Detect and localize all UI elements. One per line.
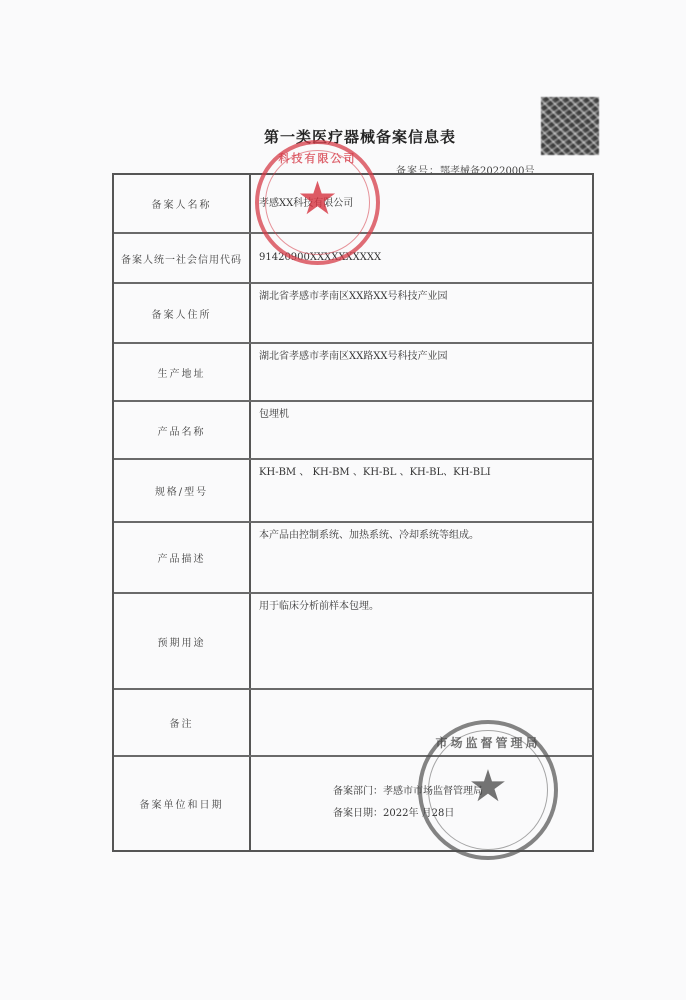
row-value: 备案部门：孝感市市场监督管理局 备案日期：2022年 月28日 — [253, 757, 592, 850]
table-row-production-address: 生产地址 湖北省孝感市孝南区XX路XX号科技产业园 — [114, 344, 592, 402]
table-row-product-description: 产品描述 本产品由控制系统、加热系统、冷却系统等组成。 — [114, 523, 592, 594]
row-value: 用于临床分析前样本包埋。 — [253, 594, 592, 688]
filing-date-value: 2022年 月28日 — [383, 808, 454, 819]
row-value: 孝感XX科技有限公司 — [253, 175, 592, 232]
filing-department-label: 备案部门： — [333, 786, 383, 797]
row-label: 备注 — [114, 690, 251, 755]
row-value: 湖北省孝感市孝南区XX路XX号科技产业园 — [253, 344, 592, 400]
filing-signature-block: 备案部门：孝感市市场监督管理局 备案日期：2022年 月28日 — [333, 781, 483, 825]
row-label: 备案人住所 — [114, 284, 251, 342]
document-page: 第一类医疗器械备案信息表 备案号：鄂孝械备2022000号 备案人名称 孝感XX… — [0, 0, 686, 1000]
row-label: 备案人统一社会信用代码 — [114, 234, 251, 282]
table-row-remarks: 备注 — [114, 690, 592, 757]
table-row-credit-code: 备案人统一社会信用代码 91420900XXXXXXXXXX — [114, 234, 592, 284]
table-row-filer-name: 备案人名称 孝感XX科技有限公司 — [114, 175, 592, 234]
row-label: 生产地址 — [114, 344, 251, 400]
row-value: KH-BM 、 KH-BM 、KH-BL 、KH-BL、KH-BLI — [253, 460, 592, 521]
filing-department: 备案部门：孝感市市场监督管理局 — [333, 781, 483, 803]
qr-code-icon — [541, 97, 599, 155]
filing-department-value: 孝感市市场监督管理局 — [383, 786, 483, 797]
row-label: 规格/型号 — [114, 460, 251, 521]
row-label: 备案人名称 — [114, 175, 251, 232]
row-label: 备案单位和日期 — [114, 757, 251, 850]
row-label: 预期用途 — [114, 594, 251, 688]
row-value: 91420900XXXXXXXXXX — [253, 234, 592, 282]
row-value: 包埋机 — [253, 402, 592, 458]
filing-info-table: 备案人名称 孝感XX科技有限公司 备案人统一社会信用代码 91420900XXX… — [112, 173, 594, 852]
table-row-filing-unit-date: 备案单位和日期 备案部门：孝感市市场监督管理局 备案日期：2022年 月28日 — [114, 757, 592, 850]
row-value — [253, 690, 592, 755]
table-row-spec-model: 规格/型号 KH-BM 、 KH-BM 、KH-BL 、KH-BL、KH-BLI — [114, 460, 592, 523]
row-value: 本产品由控制系统、加热系统、冷却系统等组成。 — [253, 523, 592, 592]
table-row-intended-use: 预期用途 用于临床分析前样本包埋。 — [114, 594, 592, 690]
row-label: 产品名称 — [114, 402, 251, 458]
filing-date-label: 备案日期： — [333, 808, 383, 819]
table-row-filer-address: 备案人住所 湖北省孝感市孝南区XX路XX号科技产业园 — [114, 284, 592, 344]
table-row-product-name: 产品名称 包埋机 — [114, 402, 592, 460]
document-title: 第一类医疗器械备案信息表 — [230, 126, 490, 147]
filing-date: 备案日期：2022年 月28日 — [333, 803, 483, 825]
seal-text: 科技有限公司 — [259, 150, 376, 166]
row-value: 湖北省孝感市孝南区XX路XX号科技产业园 — [253, 284, 592, 342]
row-label: 产品描述 — [114, 523, 251, 592]
